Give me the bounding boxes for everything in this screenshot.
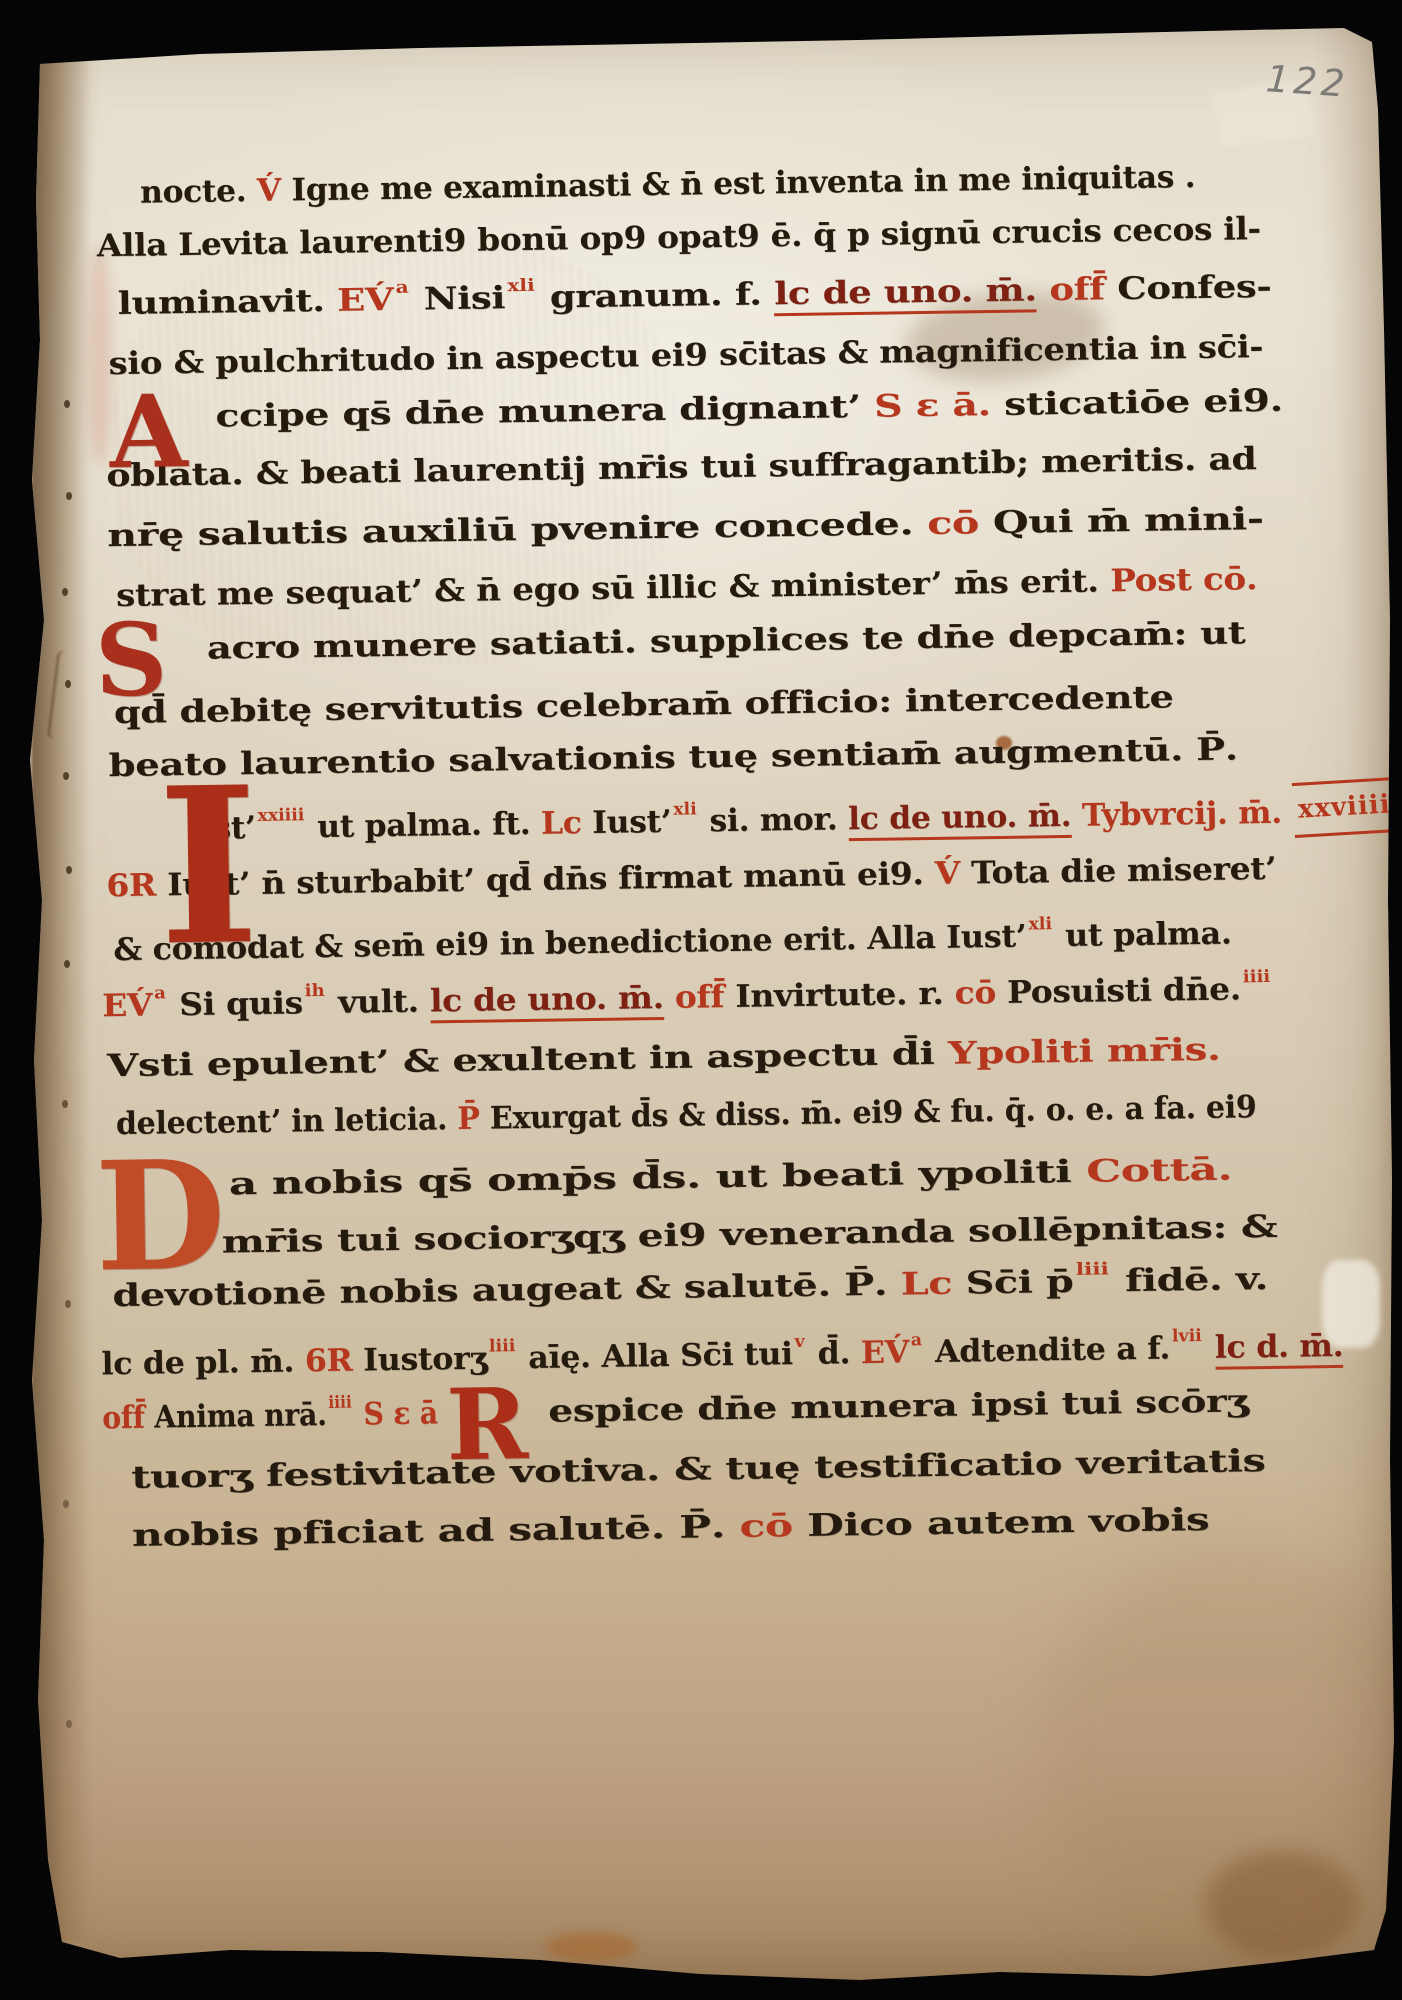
rubric-text: lc d. m̄. — [1215, 1328, 1344, 1370]
rubric-superscript: a — [911, 1322, 923, 1359]
ink-text: strat me sequat’ & n̄ ego sū illic & min… — [116, 563, 1111, 614]
text-line: 6R Iust’ n̄ sturbabit’ qd̄ dn̄s firmat m… — [106, 851, 1277, 905]
rubric-text: Post cō. — [1110, 561, 1258, 599]
ink-text: oblata. & beati laurentij mr̄is tui suff… — [106, 441, 1257, 494]
ink-text: sticatiōe ei9. — [1004, 383, 1283, 423]
rubric-text: V́ — [257, 172, 292, 209]
text-line: nr̄ę salutis auxiliū pvenire concede. cō… — [107, 501, 1264, 555]
text-line: & cōmodat & sem̄ ei9 in benedictione eri… — [113, 916, 1232, 975]
rubric-text: S ɛ ā. — [874, 387, 1005, 425]
rubric-text: S ɛ ā — [363, 1395, 438, 1432]
text-line: delectent’ in leticia. P̄ Exurgat d̄s & … — [116, 1089, 1257, 1143]
ink-text: Dico autem vobis — [807, 1502, 1210, 1544]
illuminated-initial: A — [109, 381, 188, 482]
text-line: qd̄ debitę servitutis celebram̄ officio:… — [114, 679, 1174, 732]
rubric-text: EV́ — [861, 1334, 910, 1371]
ink-text: Adtendite a f. — [924, 1330, 1170, 1370]
text-line: Alla Levita laurenti9 bonū op9 opat9 ē. … — [97, 211, 1261, 265]
rubric-text: V́ — [934, 855, 971, 892]
ink-text: Vsti epulent’ & exultent in aspectu d̄i — [107, 1036, 935, 1084]
rubric-text: off̄ — [102, 1400, 155, 1437]
text-line: mr̄is tui sociorʒqʒ ei9 veneranda sollēp… — [221, 1209, 1277, 1262]
ink-text: nr̄ę salutis auxiliū pvenire concede. — [107, 506, 928, 554]
rubric-superscript: a — [395, 270, 409, 307]
illuminated-initial: I — [157, 758, 261, 974]
rubric-text: Lc — [900, 1266, 965, 1303]
rubric-superscript: xxiiii — [257, 797, 304, 835]
ink-text: Igne me examinasti & n̄ est inventa in m… — [291, 159, 1195, 208]
rubric-text: off̄ — [1037, 271, 1118, 308]
ink-text: Sc̄i p̄ — [965, 1264, 1073, 1302]
text-line: nobis pficiat ad salutē. P̄. cō Dico aut… — [132, 1502, 1210, 1555]
rubric-text: Cottā. — [1071, 1152, 1232, 1190]
rubric-text: Tybvrcij. m̄. — [1071, 795, 1282, 834]
text-line: strat me sequat’ & n̄ ego sū illic & min… — [116, 561, 1258, 615]
manuscript-leaf: 122 xxviiii. nocte. V́ Igne me examinast… — [0, 0, 1402, 2000]
ink-text: nobis pficiat ad salutē. P̄. — [132, 1509, 740, 1554]
ink-text: Iust’ n̄ sturbabit’ qd̄ dn̄s firmat manū… — [167, 856, 935, 903]
rubric-text: EV́ — [102, 988, 153, 1025]
ink-text: Nisi — [411, 280, 505, 317]
ink-text: mr̄is tui sociorʒqʒ ei9 veneranda sollēp… — [221, 1209, 1277, 1261]
text-layer: xxviiii. nocte. V́ Igne me examinasti & … — [0, 0, 1402, 2000]
text-line: Vsti epulent’ & exultent in aspectu d̄i … — [107, 1032, 1221, 1086]
text-line: EV́a Si quisih vult. lc de uno. m̄. off̄… — [102, 971, 1273, 1030]
text-line: luminavit. EV́a Nisixli granum. f. lc de… — [117, 269, 1271, 328]
text-line: vst’xxiiii ut palma. ft. Lc Iust’xli si.… — [195, 795, 1282, 853]
ink-text: luminavit. — [117, 283, 337, 322]
ink-text: lc de pl. m̄. — [101, 1343, 305, 1382]
rubric-text: lc de uno. m̄. — [848, 798, 1072, 841]
rubric-superscript: ih — [304, 973, 325, 1010]
rubric-superscript: xli — [1028, 906, 1052, 943]
rubric-text: P̄ — [457, 1101, 490, 1137]
rubric-superscript: v — [794, 1324, 805, 1361]
rubric-text: cō — [739, 1508, 807, 1545]
ink-text: vult. — [327, 983, 430, 1021]
text-line: ccipe qs̄ dn̄e munera dignant’ S ɛ ā. st… — [215, 383, 1283, 436]
ink-text — [1204, 1330, 1215, 1366]
text-line: devotionē nobis augeat & salutē. P̄. Lc … — [112, 1261, 1268, 1320]
ink-text: acro munere satiati. supplices te dn̄e d… — [207, 615, 1246, 666]
ink-text: ut palma. ft. — [306, 806, 541, 845]
ink-text: devotionē nobis augeat & salutē. P̄. — [112, 1266, 901, 1314]
ink-text: Qui m̄ mini- — [993, 501, 1264, 541]
ink-text: d̄. — [807, 1335, 861, 1372]
text-line: off̄ Anima nrā.iiii S ɛ ā — [102, 1395, 438, 1442]
text-line: lc de pl. m̄. 6R Iustorʒliii aīę. Alla S… — [101, 1328, 1343, 1388]
rubric-text: off̄ — [663, 979, 735, 1016]
illuminated-initial: S — [94, 609, 168, 710]
illuminated-initial: R — [446, 1376, 529, 1475]
rubric-text: cō — [927, 505, 993, 542]
text-line: nocte. V́ Igne me examinasti & n̄ est in… — [140, 159, 1196, 212]
text-line: acro munere satiati. supplices te dn̄e d… — [207, 615, 1246, 667]
ink-text: Iust’ — [592, 804, 672, 841]
ink-text: nocte. — [140, 173, 257, 211]
ink-text: qd̄ debitę servitutis celebram̄ officio:… — [114, 679, 1174, 731]
illuminated-initial: D — [94, 1140, 226, 1292]
ink-text: granum. f. — [537, 276, 774, 316]
ink-text: si. mor. — [699, 801, 849, 839]
rubric-superscript: iiii — [1243, 959, 1271, 996]
rubric-superscript: xli — [507, 268, 535, 305]
rubric-superscript: iiii — [328, 1385, 352, 1422]
text-line: oblata. & beati laurentij mr̄is tui suff… — [106, 441, 1257, 495]
rubric-text: lc de uno. m̄. — [430, 980, 664, 1023]
ink-text: sio & pulchritudo in aspectu ei9 sc̄itas… — [108, 329, 1263, 382]
ink-text: espice dn̄e munera ipsi tui scōrʒ — [548, 1383, 1248, 1429]
rubric-text: lc de uno. m̄. — [774, 272, 1037, 316]
ink-text: tuorʒ festivitate votiva. & tuę testific… — [131, 1443, 1266, 1496]
rubric-superscript: liii — [1075, 1251, 1109, 1288]
ink-text: fidē. v. — [1111, 1261, 1268, 1299]
rubric-text: Lc — [541, 805, 593, 842]
ink-text: a nobis qs̄ omp̄s d̄s. ut beati ypoliti — [229, 1154, 1072, 1202]
ink-text: Tota die miseret’ — [971, 851, 1277, 892]
text-line: tuorʒ festivitate votiva. & tuę testific… — [131, 1443, 1266, 1497]
ink-text: Alla Levita laurenti9 bonū op9 opat9 ē. … — [97, 211, 1261, 264]
ink-text: Exurgat d̄s & diss. m̄. ei9 & fu. q̄. o.… — [490, 1089, 1257, 1136]
ink-text: Anima nrā. — [154, 1397, 327, 1436]
text-line: a nobis qs̄ omp̄s d̄s. ut beati ypoliti … — [229, 1152, 1233, 1204]
text-line: beato laurentio salvationis tuę sentiam̄… — [108, 731, 1238, 785]
ink-text: ccipe qs̄ dn̄e munera dignant’ — [215, 389, 874, 435]
ink-text: ut palma. — [1054, 916, 1232, 955]
rubric-text: Ypoliti mr̄is. — [934, 1032, 1221, 1072]
rubric-text: EV́ — [337, 282, 394, 319]
ink-text: Invirtute. r. — [735, 976, 955, 1015]
ink-text: Posuisti dn̄e. — [1007, 971, 1241, 1010]
text-line: espice dn̄e munera ipsi tui scōrʒ — [548, 1383, 1248, 1430]
ink-text: Confes- — [1117, 269, 1272, 307]
photograph-background: 122 xxviiii. nocte. V́ Igne me examinast… — [0, 0, 1402, 2000]
margin-gloss: xxviiii. — [1292, 777, 1402, 838]
ink-text: beato laurentio salvationis tuę sentiam̄… — [108, 731, 1238, 784]
rubric-superscript: liii — [489, 1328, 516, 1365]
text-line: sio & pulchritudo in aspectu ei9 sc̄itas… — [108, 329, 1263, 383]
rubric-text: 6R — [305, 1342, 364, 1379]
rubric-superscript: lvii — [1172, 1318, 1202, 1355]
rubric-superscript: xli — [673, 791, 697, 828]
rubric-text: cō — [954, 975, 1007, 1012]
ink-text: aīę. Alla Sc̄i tui — [517, 1336, 793, 1376]
